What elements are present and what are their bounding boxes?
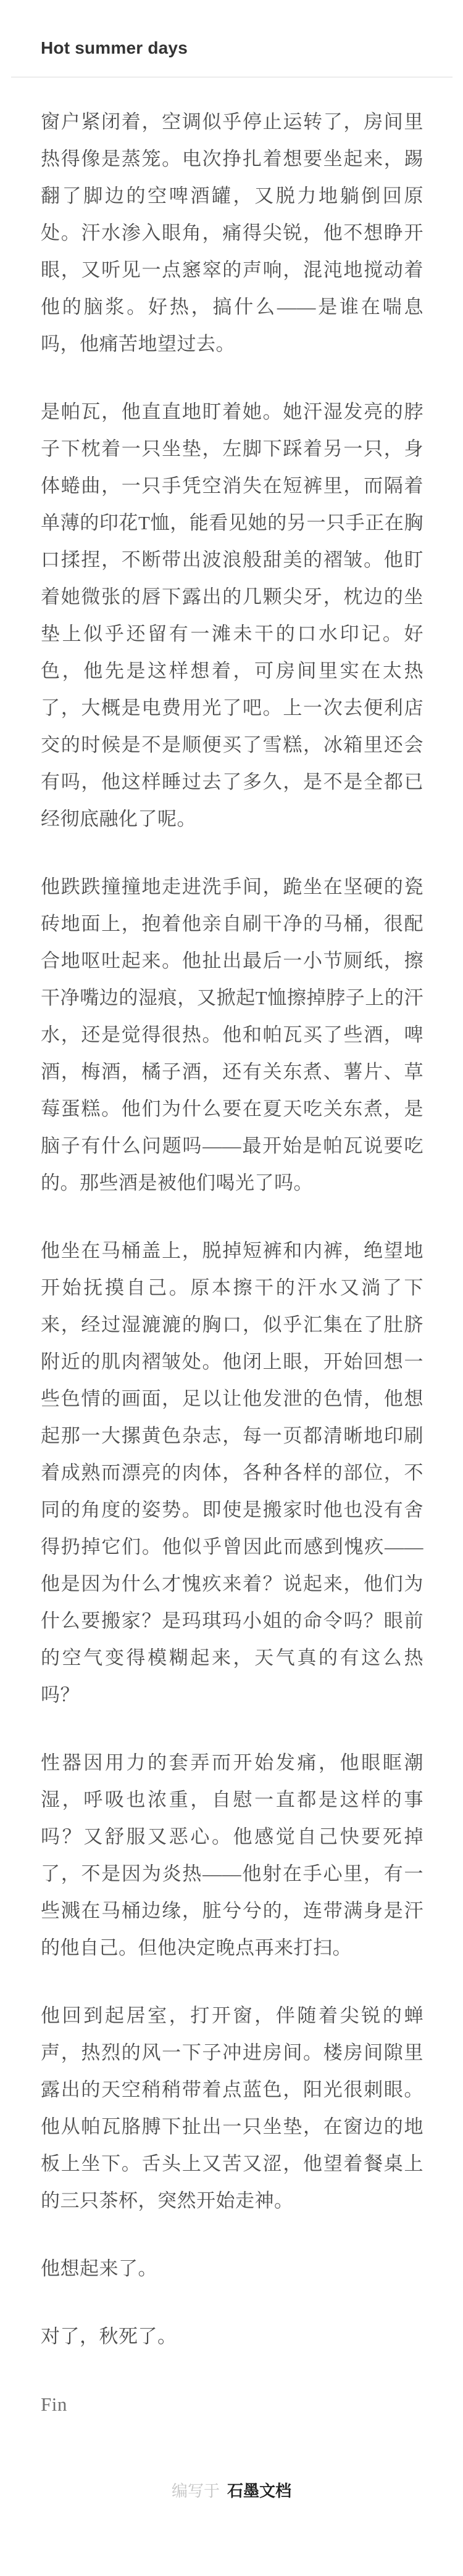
article-body: 窗户紧闭着，空调似乎停止运转了，房间里热得像是蒸笼。电次挣扎着想要坐起来，踢翻了… bbox=[0, 78, 463, 2423]
paragraph: 性器因用力的套弄而开始发痛，他眼眶潮湿，呼吸也浓重，自慰一直都是这样的事吗？又舒… bbox=[41, 1744, 423, 1967]
paragraph: 他跌跌撞撞地走进洗手间，跪坐在坚硬的瓷砖地面上，抱着他亲自刷干净的马桶，很配合地… bbox=[41, 869, 423, 1202]
paragraph: 他坐在马桶盖上，脱掉短裤和内裤，绝望地开始抚摸自己。原本擦干的汗水又淌了下来，经… bbox=[41, 1232, 423, 1714]
fin-marker: Fin bbox=[41, 2386, 423, 2423]
paragraph: 窗户紧闭着，空调似乎停止运转了，房间里热得像是蒸笼。电次挣扎着想要坐起来，踢翻了… bbox=[41, 104, 423, 363]
page-title: Hot summer days bbox=[41, 36, 422, 60]
paragraph: 他想起来了。 bbox=[41, 2250, 423, 2287]
document-page: Hot summer days 窗户紧闭着，空调似乎停止运转了，房间里热得像是蒸… bbox=[0, 0, 463, 2576]
document-footer: 编写于石墨文档 bbox=[0, 2480, 463, 2502]
paragraph: 是帕瓦，他直直地盯着她。她汗湿发亮的脖子下枕着一只坐垫，左脚下踩着另一只，身体蜷… bbox=[41, 394, 423, 838]
document-header: Hot summer days bbox=[0, 36, 463, 60]
paragraph: 对了，秋死了。 bbox=[41, 2318, 423, 2355]
paragraph: 他回到起居室，打开窗，伴随着尖锐的蝉声，热烈的风一下子冲进房间。楼房间隙里露出的… bbox=[41, 1997, 423, 2219]
written-in-label: 编写于 bbox=[172, 2482, 220, 2500]
shimo-brand-link[interactable]: 石墨文档 bbox=[227, 2482, 291, 2500]
